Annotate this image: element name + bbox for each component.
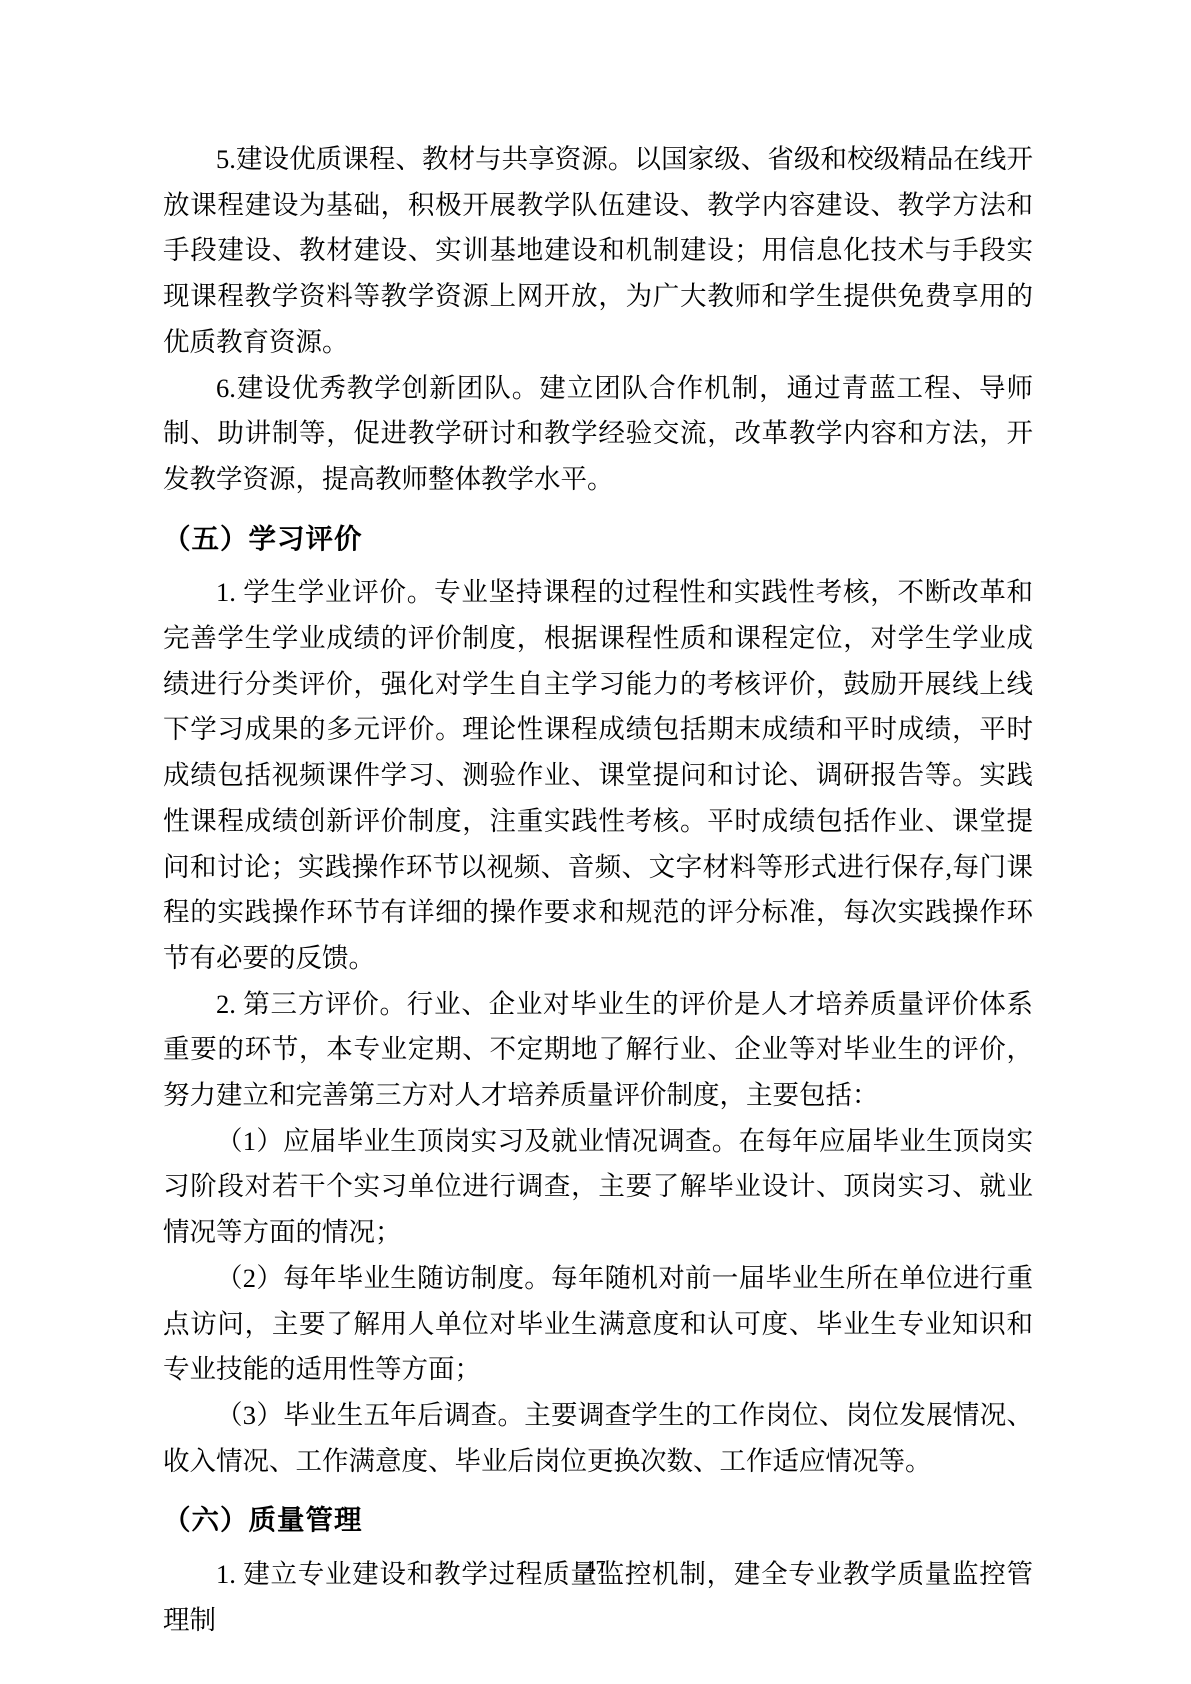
paragraph-student-academic-evaluation: 1. 学生学业评价。专业坚持课程的过程性和实践性考核，不断改革和完善学生学业成绩… (163, 570, 1033, 981)
paragraph-survey-item-3: （3）毕业生五年后调查。主要调查学生的工作岗位、岗位发展情况、收入情况、工作满意… (163, 1393, 1033, 1484)
section-heading-quality-management: （六）质量管理 (163, 1497, 1033, 1543)
paragraph-third-party-evaluation: 2. 第三方评价。行业、企业对毕业生的评价是人才培养质量评价体系重要的环节，本专… (163, 982, 1033, 1119)
section-heading-learning-evaluation: （五）学习评价 (163, 516, 1033, 562)
page-number: 47 (0, 1553, 1191, 1583)
paragraph-build-teaching-team: 6.建设优秀教学创新团队。建立团队合作机制，通过青蓝工程、导师制、助讲制等，促进… (163, 366, 1033, 503)
document-page: 5.建设优质课程、教材与共享资源。以国家级、省级和校级精品在线开放课程建设为基础… (0, 0, 1191, 1684)
paragraph-survey-item-1: （1）应届毕业生顶岗实习及就业情况调查。在每年应届毕业生顶岗实习阶段对若干个实习… (163, 1119, 1033, 1256)
page-content: 5.建设优质课程、教材与共享资源。以国家级、省级和校级精品在线开放课程建设为基础… (163, 137, 1033, 1644)
paragraph-survey-item-2: （2）每年毕业生随访制度。每年随机对前一届毕业生所在单位进行重点访问，主要了解用… (163, 1256, 1033, 1393)
paragraph-build-quality-courses: 5.建设优质课程、教材与共享资源。以国家级、省级和校级精品在线开放课程建设为基础… (163, 137, 1033, 366)
